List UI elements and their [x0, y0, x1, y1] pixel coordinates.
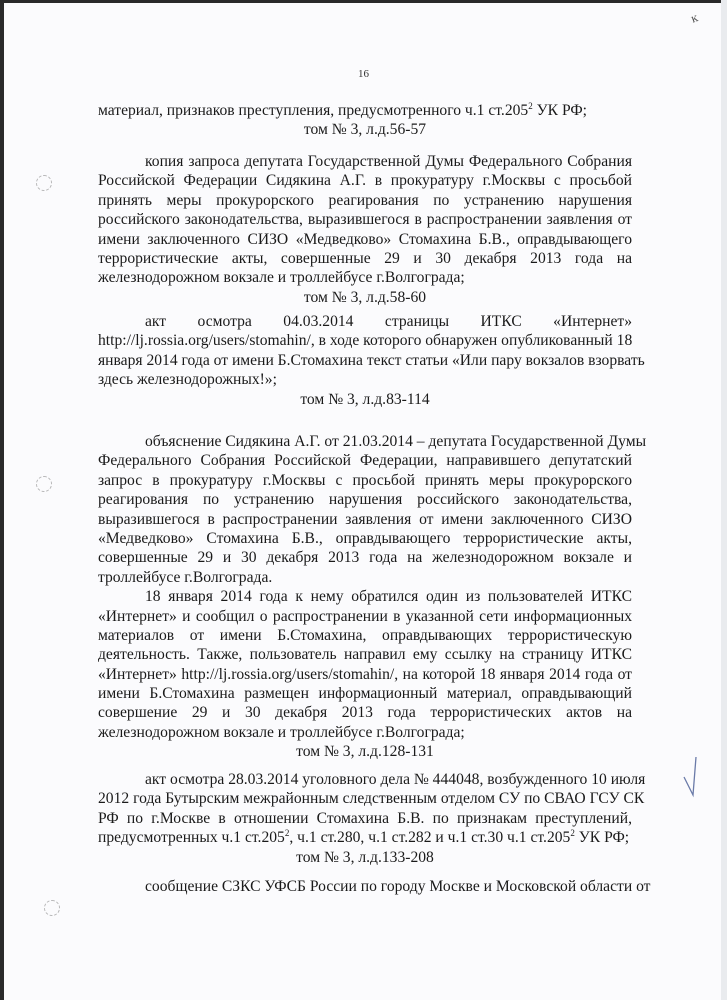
punch-hole-icon — [44, 900, 60, 916]
section-fsb-message: сообщение СЗКС УФСБ России по городу Мос… — [98, 877, 632, 896]
volume-reference: том № 3, л.д.58-60 — [98, 288, 632, 307]
volume-reference: том № 3, л.д.133-208 — [98, 848, 632, 867]
text-line: троллейбусе г.Волгограда. — [98, 568, 632, 587]
text-line: террористические акты, совершенные 29 и … — [98, 249, 632, 268]
text-line: здесь железнодорожных!»; — [98, 370, 632, 389]
scan-edge — [721, 0, 727, 1000]
section-case-inspection: акт осмотра 28.03.2014 уголовного дела №… — [98, 770, 632, 867]
section-deputy-request: копия запроса депутата Государственной Д… — [98, 152, 632, 307]
text-line: РФ по г.Москве в отношении Стомахина Б.В… — [98, 809, 632, 828]
text-line: железнодорожном вокзале и троллейбусе г.… — [98, 723, 632, 742]
section-inspection-act: акт осмотра 04.03.2014 страницы ИТКС «Ин… — [98, 312, 632, 409]
text-line: сообщение СЗКС УФСБ России по городу Мос… — [98, 877, 632, 896]
page-number: 16 — [0, 68, 727, 80]
text-line: января 2014 года от имени Б.Стомахина те… — [98, 351, 632, 370]
text-line: железнодорожном вокзале и троллейбусе г.… — [98, 268, 632, 287]
text-line: совершение 29 и 30 декабря 2013 года тер… — [98, 703, 632, 722]
text-line: имени заключенного СИЗО «Медведково» Сто… — [98, 230, 632, 249]
volume-reference: том № 3, л.д.128-131 — [98, 742, 632, 761]
text-line: объяснение Сидякина А.Г. от 21.03.2014 –… — [98, 432, 632, 451]
punch-hole-icon — [36, 476, 52, 492]
text-line: материал, признаков преступления, предус… — [98, 101, 632, 120]
text-line: запрос в прокуратуру г.Москвы с просьбой… — [98, 471, 632, 490]
text-line: деятельность. Также, пользователь направ… — [98, 645, 632, 664]
text-line: материалов от имени Б.Стомахина, оправды… — [98, 626, 632, 645]
text-line: копия запроса депутата Государственной Д… — [98, 152, 632, 171]
text-line: 2012 года Бутырским межрайонным следстве… — [98, 789, 632, 808]
volume-reference: том № 3, л.д.83-114 — [98, 390, 632, 409]
text-line: Федерального Собрания Российской Федерац… — [98, 451, 632, 470]
text-line: выразившегося в распространении заявлени… — [98, 510, 632, 529]
text-line: «Интернет» и сообщил о распространении в… — [98, 607, 632, 626]
text-line: акт осмотра 28.03.2014 уголовного дела №… — [98, 770, 632, 789]
text-line: акт осмотра 04.03.2014 страницы ИТКС «Ин… — [98, 312, 632, 331]
text-line: Российской Федерации Сидякина А.Г. в про… — [98, 171, 632, 190]
text-line: «Медведково» Стомахина Б.В., оправдывающ… — [98, 529, 632, 548]
volume-reference: том № 3, л.д.56-57 — [98, 120, 632, 139]
check-mark-icon — [680, 755, 710, 805]
text-line: принять меры прокурорского реагирования … — [98, 191, 632, 210]
text-line: совершенные 29 и 30 декабря 2013 года на… — [98, 548, 632, 567]
section-explanation: объяснение Сидякина А.Г. от 21.03.2014 –… — [98, 432, 632, 762]
text-line: «Интернет» http://lj.rossia.org/users/st… — [98, 665, 632, 684]
text-line: предусмотренных ч.1 ст.2052, ч.1 ст.280,… — [98, 828, 632, 847]
punch-hole-icon — [36, 175, 52, 191]
text-line: имени Б.Стомахина размещен информационны… — [98, 684, 632, 703]
text-line: http://lj.rossia.org/users/stomahin/, в … — [98, 331, 632, 350]
text-line: 18 января 2014 года к нему обратился оди… — [98, 587, 632, 606]
section-continuation: материал, признаков преступления, предус… — [98, 101, 632, 140]
text-line: реагирования по устранению нарушения рос… — [98, 490, 632, 509]
text-line: российского законодательства, выразившег… — [98, 210, 632, 229]
